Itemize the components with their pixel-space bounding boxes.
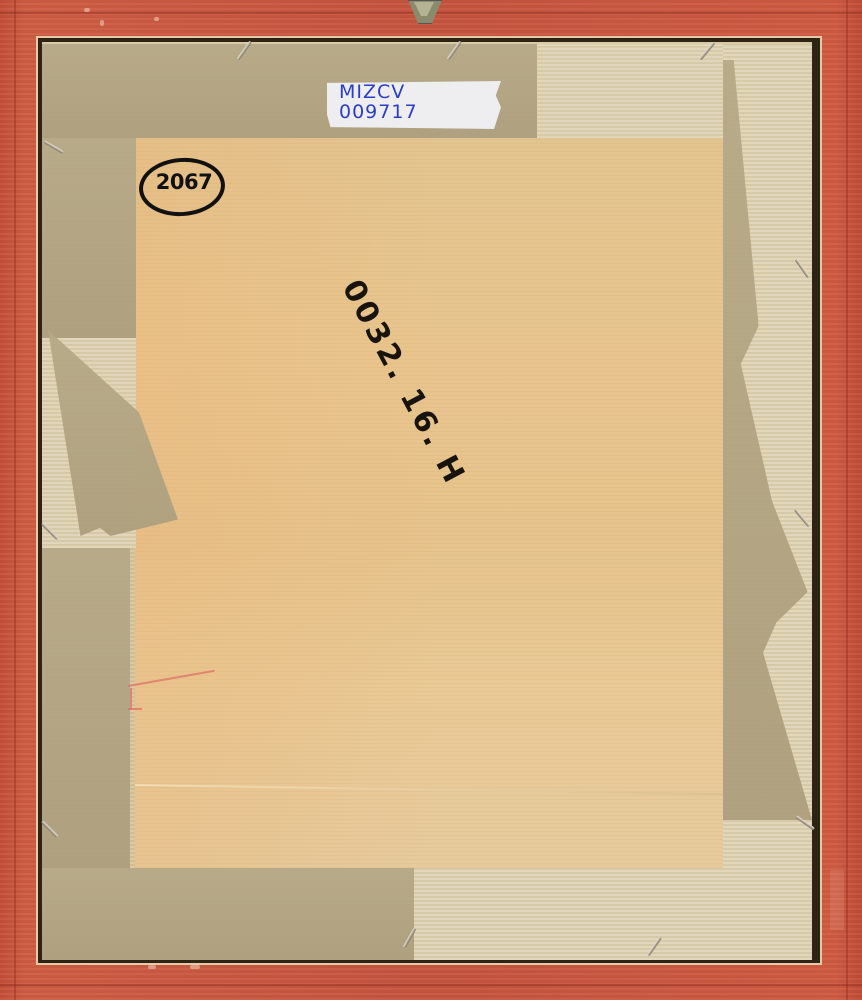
paint-chip	[154, 17, 159, 21]
red-pencil-line	[128, 708, 142, 710]
framed-picture-back: MIZCV 009717 2067 0032. 16. H	[0, 0, 862, 1000]
paint-wear	[830, 870, 844, 930]
tape-left-lower	[42, 548, 130, 868]
wood-panel-shading	[135, 138, 435, 868]
tape-bottom	[42, 868, 414, 960]
red-pencil-line	[130, 688, 132, 710]
label-line-2: 009717	[339, 102, 418, 122]
tape-left-upper	[42, 138, 136, 338]
paint-chip	[148, 965, 156, 969]
paint-chip	[190, 965, 200, 969]
collection-label-text: MIZCV 009717	[339, 82, 418, 122]
frame-groove	[0, 984, 862, 986]
label-line-1: MIZCV	[339, 82, 418, 102]
paint-chip	[84, 8, 90, 12]
inventory-number: 2067	[150, 170, 218, 194]
paint-chip	[100, 20, 104, 26]
frame-groove	[14, 0, 16, 1000]
frame-groove	[846, 0, 848, 1000]
